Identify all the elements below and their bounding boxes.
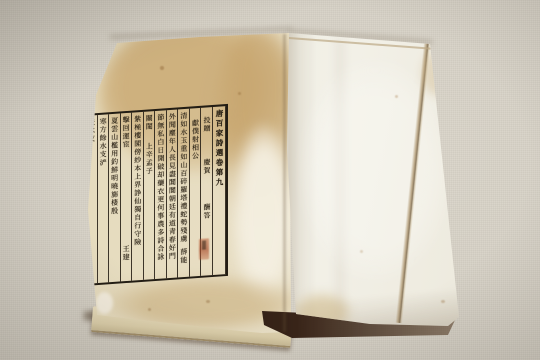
column-volume-title: 唐百家詩選卷第九: [213, 106, 226, 275]
poem-line-text: 節無私白日開破却藥衣更何事農多詩合詠: [157, 113, 165, 261]
poem-title-text: 獻僕射相公: [191, 119, 199, 161]
ink-speck: [206, 300, 210, 303]
poem-line-text: 關閨: [145, 114, 153, 131]
ink-speck: [395, 95, 398, 98]
ink-speck: [238, 92, 241, 95]
section-heading: 酬答: [203, 203, 211, 220]
column-poem-text: 節無私白日開破却藥衣更何事農多詩合詠: [155, 110, 167, 279]
collector-seal-stamp: [199, 238, 209, 260]
ink-speck: [148, 308, 151, 311]
column-poem-title-2: 關閨上辛孟子: [144, 111, 156, 280]
section-heading: 投贈: [203, 116, 211, 133]
poem-line-text: 寒方餘水支浐: [99, 117, 107, 167]
column-poem-text: 外聞塵年人長見盡閶閬朝廷有道青春好門: [167, 109, 179, 278]
section-heading: 慶賀: [203, 159, 211, 176]
poet-name: 薛能: [180, 248, 188, 265]
ink-speck: [360, 250, 363, 253]
column-poem-text: 夏雲山檻用釣鮮明曉旆棲殷: [109, 113, 121, 282]
column-poem-text: 紫極樓閣傍紗本上界諍仙獨自行守險: [132, 112, 144, 281]
column-poem-text: 擊回運宦王建: [121, 113, 133, 282]
poem-line-text: 擊回運宦: [122, 116, 130, 149]
center-fold-line: [283, 34, 286, 332]
text-block-frame: 唐百家詩選卷第九 投贈慶賀酬答 獻僕射相公 清如水玉重如山百碎羅塔禮蛇勢殘虜薛能…: [84, 104, 228, 286]
poem-title-text: 上辛孟子: [145, 143, 153, 176]
volume-title-text: 唐百家詩選卷第九: [215, 109, 224, 188]
poem-line-text: 清如水玉重如山百碎羅塔禮蛇勢殘虜: [180, 112, 188, 244]
column-poem-text: 清如水玉重如山百碎羅塔禮蛇勢殘虜薛能: [178, 109, 190, 278]
poem-line-text: 紫極樓閣傍紗本上界諍仙獨自行守險: [134, 115, 142, 247]
poet-name: 王建: [122, 245, 130, 262]
photo-scene: 唐百家詩選卷第九 投贈慶賀酬答 獻僕射相公 清如水玉重如山百碎羅塔禮蛇勢殘虜薛能…: [0, 0, 540, 360]
poem-line-text: 夏雲山檻用釣鮮明曉旆棲殷: [111, 117, 119, 216]
column-poem-text-clipped: 寒方餘水支浐: [98, 114, 110, 283]
poem-line-text: 外聞塵年人長見盡閶閬朝廷有道青春好門: [168, 113, 176, 261]
ink-speck: [441, 300, 445, 303]
torn-paper-chip: [96, 292, 113, 314]
ink-speck: [160, 66, 164, 70]
